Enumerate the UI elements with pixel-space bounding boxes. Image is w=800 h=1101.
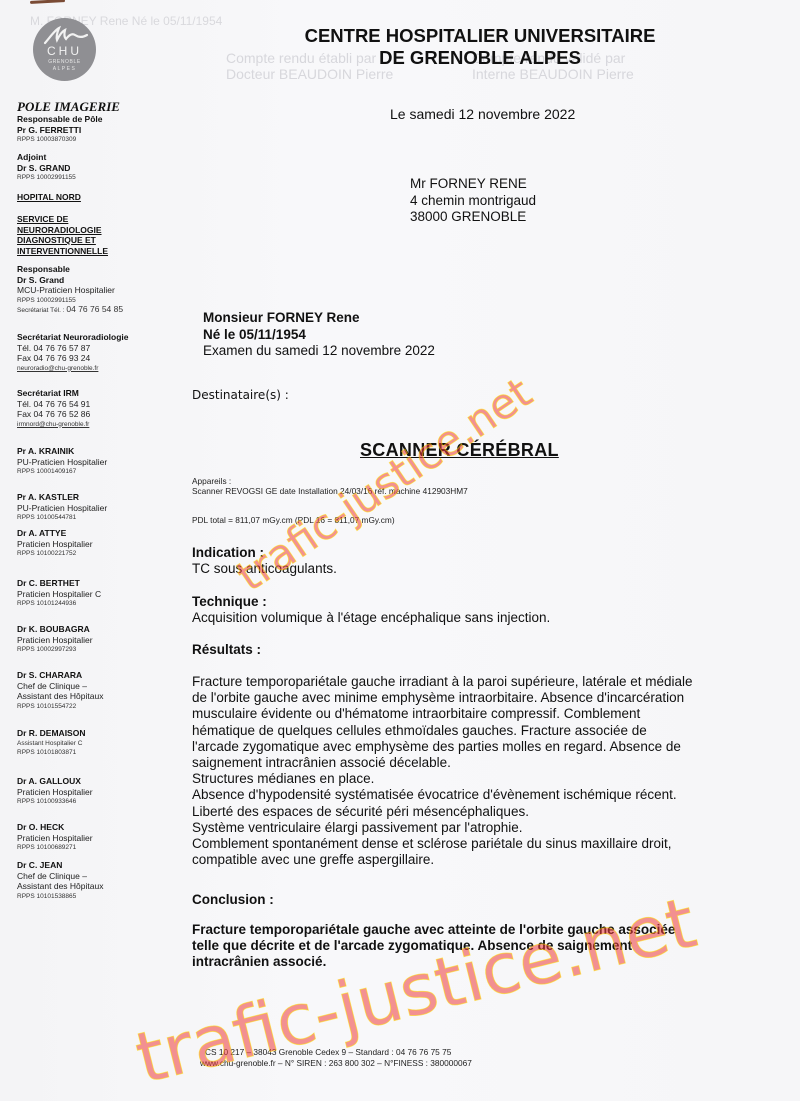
- results-text: Fracture temporopariétale gauche irradia…: [192, 674, 752, 868]
- doctor-name: Dr K. BOUBAGRA: [17, 624, 187, 635]
- results-line: Comblement spontanément dense et scléros…: [192, 836, 752, 852]
- technique-text: Acquisition volumique à l'étage encéphal…: [192, 610, 752, 626]
- results-line: compatible avec une greffe aspergillaire…: [192, 852, 752, 868]
- secretariat-irm-fax: Fax 04 76 76 52 86: [17, 409, 187, 420]
- doctor-title: Praticien Hospitalier: [17, 635, 187, 646]
- rpps-number: RPPS 10101244936: [17, 599, 187, 608]
- rpps-number: RPPS 10001409167: [17, 467, 187, 476]
- doctor-entry: Pr A. KASTLERPU-Praticien HospitalierRPP…: [17, 492, 187, 522]
- conclusion-line: intracrânien associé.: [192, 954, 752, 970]
- rpps-number: RPPS 10003870309: [17, 135, 187, 144]
- responsable-label: Responsable: [17, 264, 187, 275]
- devices-label: Appareils :: [192, 476, 468, 486]
- doctor-title: Chef de Clinique –: [17, 681, 187, 692]
- logo-subtext: GRENOBLE: [33, 59, 96, 65]
- results-label-wrap: Résultats :: [192, 642, 752, 658]
- doctor-name: Pr A. KRAINIK: [17, 446, 187, 457]
- doctor-entry: Dr O. HECKPraticien HospitalierRPPS 1010…: [17, 822, 187, 852]
- rpps-number: RPPS 10101554722: [17, 702, 187, 711]
- doctor-title: Praticien Hospitalier: [17, 833, 187, 844]
- results-line: de l'orbite gauche avec minime emphysème…: [192, 690, 752, 706]
- doctor-title: PU-Praticien Hospitalier: [17, 457, 187, 468]
- patient-birthdate: Né le 05/11/1954: [203, 327, 435, 344]
- chu-logo: CHU GRENOBLE ALPES: [33, 18, 96, 81]
- footer: CS 10 217 – 38043 Grenoble Cedex 9 – Sta…: [200, 1047, 600, 1069]
- patient-name: Monsieur FORNEY Rene: [203, 310, 435, 327]
- pole-title: POLE IMAGERIE: [17, 100, 187, 114]
- footer-address: CS 10 217 – 38043 Grenoble Cedex 9 – Sta…: [200, 1047, 600, 1058]
- secretariat-phone: Secrétariat Tél. : 04 76 76 54 85: [17, 305, 187, 315]
- service-line: INTERVENTIONNELLE: [17, 246, 187, 257]
- mountain-swoosh-icon: [43, 24, 89, 46]
- conclusion-text: Fracture temporopariétale gauche avec at…: [192, 922, 752, 971]
- service-line: NEURORADIOLOGIE: [17, 225, 187, 236]
- conclusion-label: Conclusion :: [192, 892, 752, 908]
- doctor-name: Dr A. GALLOUX: [17, 776, 187, 787]
- logo-text: CHU: [33, 44, 96, 58]
- adjoint-label: Adjoint: [17, 152, 187, 163]
- institution-header: CENTRE HOSPITALIER UNIVERSITAIRE DE GREN…: [200, 25, 760, 69]
- letter-date: Le samedi 12 novembre 2022: [390, 106, 575, 122]
- rpps-number: RPPS 10101803871: [17, 748, 187, 757]
- doctor-title: Praticien Hospitalier: [17, 787, 187, 798]
- rpps-number: RPPS 10002997293: [17, 645, 187, 654]
- results-line: musculaire évidente ou d'hématome intrao…: [192, 706, 752, 722]
- doctor-name: Dr S. CHARARA: [17, 670, 187, 681]
- indication-text: TC sous anticoagulants.: [192, 561, 752, 577]
- secretariat-irm-email[interactable]: irmnord@chu-grenoble.fr: [17, 420, 187, 429]
- technique-section: Technique : Acquisition volumique à l'ét…: [192, 594, 752, 626]
- service-line: DIAGNOSTIQUE ET: [17, 235, 187, 246]
- doctor-title: Assistant Hospitalier C: [17, 739, 187, 748]
- doctor-entry: Dr S. CHARARAChef de Clinique –Assistant…: [17, 670, 187, 711]
- responsable-name: Dr S. Grand: [17, 275, 187, 286]
- devices-block: Appareils : Scanner REVOGSI GE date Inst…: [192, 476, 468, 496]
- rpps-number: RPPS 10101538865: [17, 892, 187, 901]
- doctor-name: Dr R. DEMAISON: [17, 728, 187, 739]
- doctor-title: Praticien Hospitalier C: [17, 589, 187, 600]
- doctor-name: Dr A. ATTYE: [17, 528, 187, 539]
- patient-block: Monsieur FORNEY Rene Né le 05/11/1954 Ex…: [203, 310, 435, 360]
- recipient-name: Mr FORNEY RENE: [410, 176, 536, 193]
- results-line: Absence d'hypodensité systématisée évoca…: [192, 787, 752, 803]
- indication-label: Indication :: [192, 545, 752, 561]
- secretariat-irm-label: Secrétariat IRM: [17, 388, 187, 399]
- results-line: Système ventriculaire élargi passivement…: [192, 820, 752, 836]
- rpps-number: RPPS 10100933646: [17, 797, 187, 806]
- institution-name-line2: DE GRENOBLE ALPES: [200, 47, 760, 69]
- doctor-entry: Dr A. GALLOUXPraticien HospitalierRPPS 1…: [17, 776, 187, 806]
- secretariat-neuro-tel: Tél. 04 76 76 57 87: [17, 343, 187, 354]
- results-line: l'arcade zygomatique avec emphysème des …: [192, 739, 752, 755]
- doctor-name: Dr C. BERTHET: [17, 578, 187, 589]
- rpps-number: RPPS 10100689271: [17, 843, 187, 852]
- doctor-entry: Dr R. DEMAISONAssistant Hospitalier CRPP…: [17, 728, 187, 757]
- recipient-address: Mr FORNEY RENE 4 chemin montrigaud 38000…: [410, 176, 536, 226]
- results-line: Fracture temporopariétale gauche irradia…: [192, 674, 752, 690]
- doctor-entry: Dr K. BOUBAGRAPraticien HospitalierRPPS …: [17, 624, 187, 654]
- pole-head: Pr G. FERRETTI: [17, 125, 187, 136]
- adjoint-name: Dr S. GRAND: [17, 163, 187, 174]
- conclusion-line: telle que décrite et de l'arcade zygomat…: [192, 938, 752, 954]
- doctor-title: Assistant des Hôpitaux: [17, 691, 187, 702]
- doctor-title: Assistant des Hôpitaux: [17, 881, 187, 892]
- secretariat-neuro-email[interactable]: neuroradio@chu-grenoble.fr: [17, 364, 187, 373]
- doctor-name: Dr O. HECK: [17, 822, 187, 833]
- indication-section: Indication : TC sous anticoagulants.: [192, 545, 752, 577]
- doctor-entry: Pr A. KRAINIKPU-Praticien HospitalierRPP…: [17, 446, 187, 476]
- doctor-title: Chef de Clinique –: [17, 871, 187, 882]
- results-line: hématique de quelques cellules ethmoïdal…: [192, 723, 752, 739]
- doctor-name: Pr A. KASTLER: [17, 492, 187, 503]
- technique-label: Technique :: [192, 594, 752, 610]
- recipient-street: 4 chemin montrigaud: [410, 193, 536, 210]
- scan-mark: [30, 0, 65, 4]
- dose-text: PDL total = 811,07 mGy.cm (PDL 16 = 811,…: [192, 515, 395, 525]
- results-line: Liberté des espaces de sécurité péri més…: [192, 804, 752, 820]
- results-line: Structures médianes en place.: [192, 771, 752, 787]
- doctor-entry: Dr C. BERTHETPraticien Hospitalier CRPPS…: [17, 578, 187, 608]
- responsable-title: MCU-Praticien Hospitalier: [17, 285, 187, 296]
- results-line: saignement intracrânien associé décelabl…: [192, 755, 752, 771]
- conclusion-label-wrap: Conclusion :: [192, 892, 752, 908]
- rpps-number: RPPS 10002991155: [17, 173, 187, 182]
- doctor-title: Praticien Hospitalier: [17, 539, 187, 550]
- pole-role: Responsable de Pôle: [17, 114, 187, 125]
- doctor-title: PU-Praticien Hospitalier: [17, 503, 187, 514]
- document-page: M. FORNEY Rene Né le 05/11/1954 Compte r…: [0, 0, 800, 1101]
- rpps-number: RPPS 10100221752: [17, 549, 187, 558]
- secretariat-neuro-label: Secrétariat Neuroradiologie: [17, 332, 187, 343]
- secretariat-neuro-fax: Fax 04 76 76 93 24: [17, 353, 187, 364]
- logo-subtext: ALPES: [33, 66, 96, 72]
- service-line: SERVICE DE: [17, 214, 187, 225]
- hospital-name: HOPITAL NORD: [17, 192, 187, 203]
- rpps-number: RPPS 10100544781: [17, 513, 187, 522]
- doctor-name: Dr C. JEAN: [17, 860, 187, 871]
- institution-name-line1: CENTRE HOSPITALIER UNIVERSITAIRE: [200, 25, 760, 47]
- recipients-label: Destinataire(s) :: [192, 388, 289, 402]
- footer-identifiers: www.chu-grenoble.fr – N° SIREN : 263 800…: [200, 1058, 600, 1069]
- exam-date: Examen du samedi 12 novembre 2022: [203, 343, 435, 360]
- doctor-entry: Dr A. ATTYEPraticien HospitalierRPPS 101…: [17, 528, 187, 558]
- devices-text: Scanner REVOGSI GE date Installation 24/…: [192, 486, 468, 496]
- doctor-entry: Dr C. JEANChef de Clinique –Assistant de…: [17, 860, 187, 901]
- secretariat-irm-tel: Tél. 04 76 76 54 91: [17, 399, 187, 410]
- results-label: Résultats :: [192, 642, 752, 658]
- conclusion-line: Fracture temporopariétale gauche avec at…: [192, 922, 752, 938]
- recipient-city: 38000 GRENOBLE: [410, 209, 536, 226]
- report-title: SCANNER CÉRÉBRAL: [360, 440, 559, 461]
